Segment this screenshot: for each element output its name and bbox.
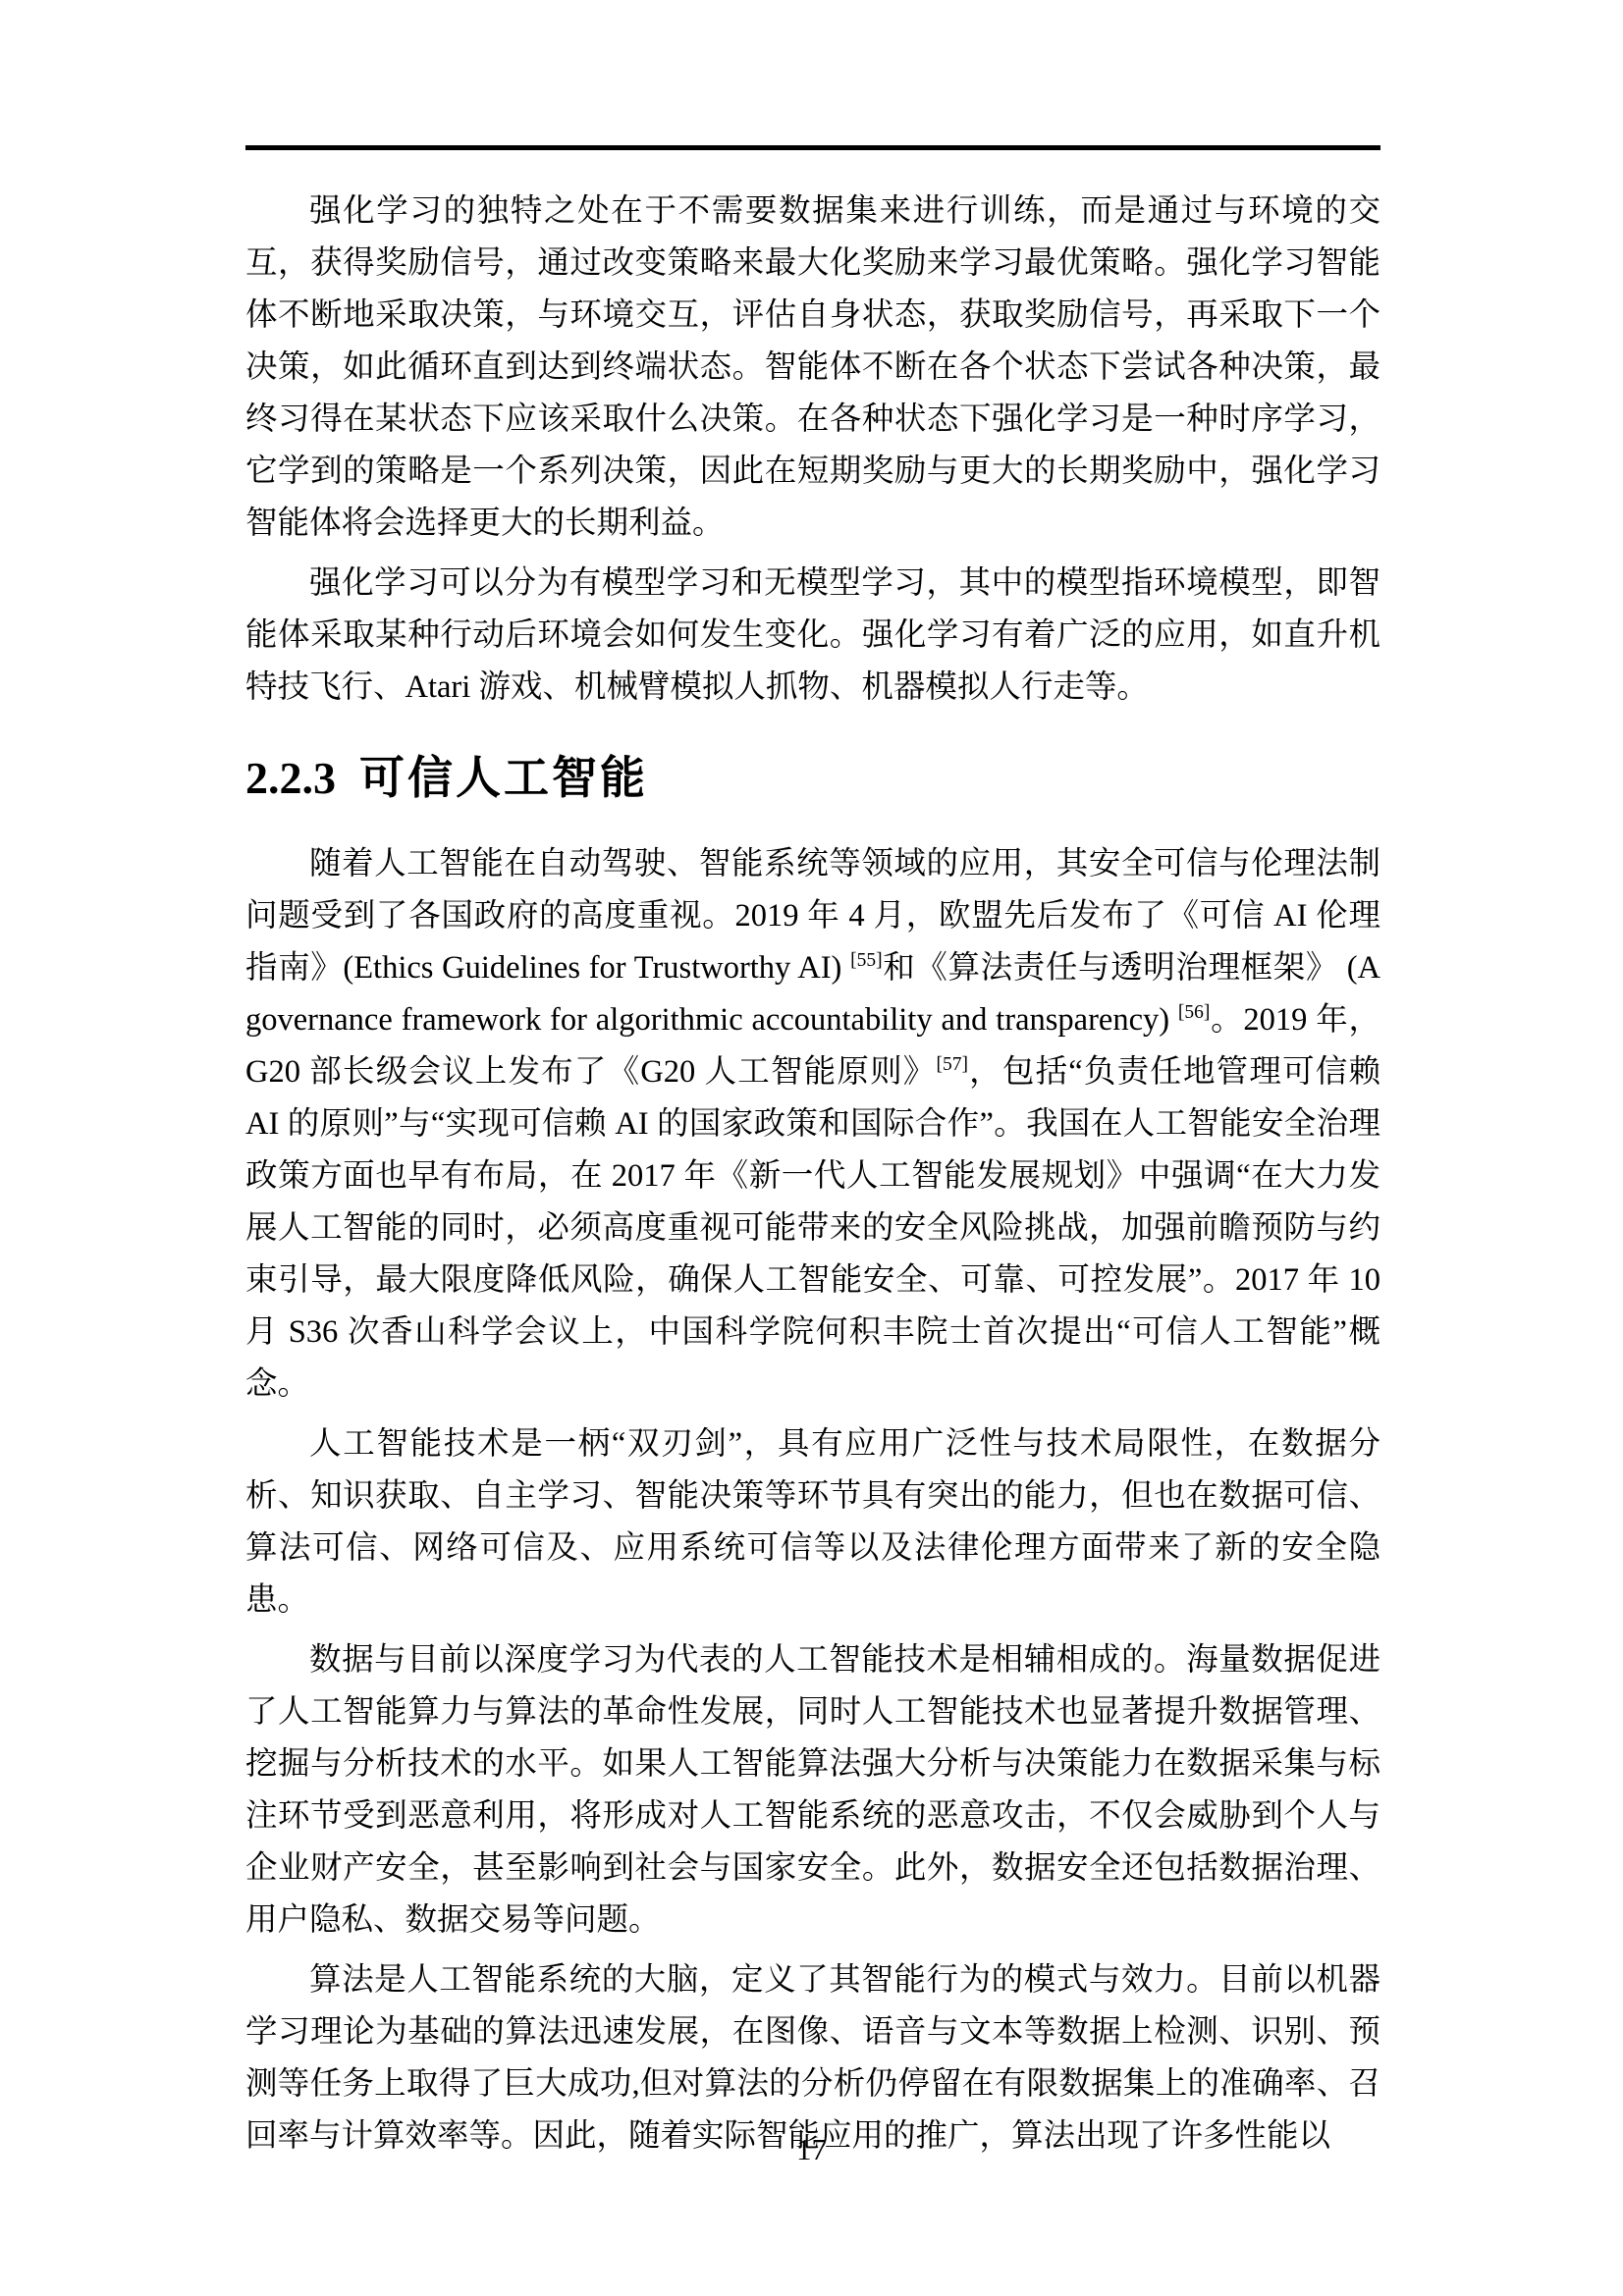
- document-body: 强化学习的独特之处在于不需要数据集来进行训练，而是通过与环境的交互，获得奖励信号…: [245, 186, 1380, 2163]
- citation-reference: [55]: [850, 950, 883, 971]
- paragraph: 强化学习的独特之处在于不需要数据集来进行训练，而是通过与环境的交互，获得奖励信号…: [245, 186, 1380, 550]
- citation-reference: [57]: [936, 1054, 968, 1075]
- header-rule: [245, 145, 1380, 150]
- heading-title: 可信人工智能: [359, 752, 648, 803]
- paragraph: 强化学习可以分为有模型学习和无模型学习，其中的模型指环境模型，即智能体采取某种行…: [245, 558, 1380, 714]
- heading-number: 2.2.3: [245, 753, 336, 803]
- citation-reference: [56]: [1178, 1002, 1211, 1023]
- paragraph: 数据与目前以深度学习为代表的人工智能技术是相辅相成的。海量数据促进了人工智能算力…: [245, 1634, 1380, 1947]
- thesis-page: 强化学习的独特之处在于不需要数据集来进行训练，而是通过与环境的交互，获得奖励信号…: [0, 0, 1623, 2296]
- paragraph: 随着人工智能在自动驾驶、智能系统等领域的应用，其安全可信与伦理法制问题受到了各国…: [245, 838, 1380, 1411]
- paragraph: 人工智能技术是一柄“双刃剑”，具有应用广泛性与技术局限性，在数据分析、知识获取、…: [245, 1418, 1380, 1627]
- section-heading: 2.2.3可信人工智能: [245, 747, 1380, 809]
- page-number: 17: [0, 2132, 1623, 2167]
- page-content: 强化学习的独特之处在于不需要数据集来进行训练，而是通过与环境的交互，获得奖励信号…: [245, 145, 1380, 2170]
